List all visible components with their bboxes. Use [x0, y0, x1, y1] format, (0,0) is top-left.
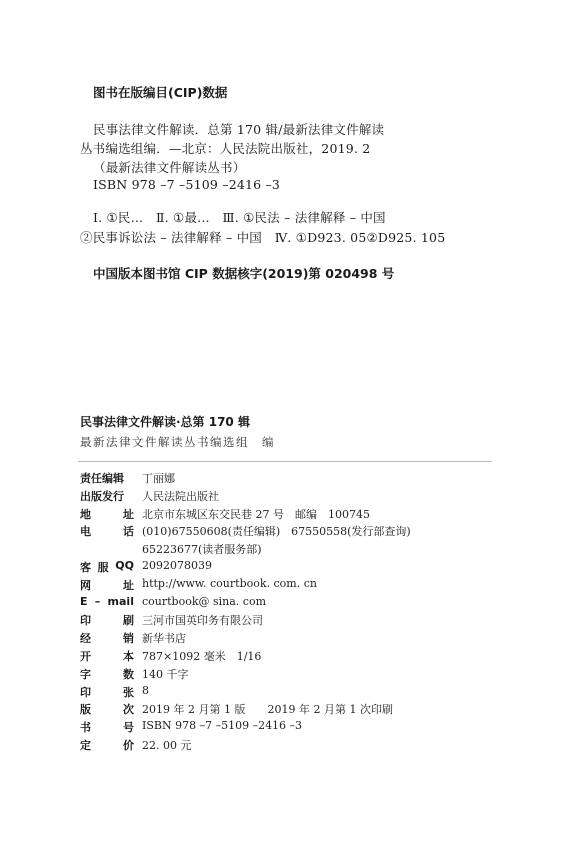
info-row: 印张8	[80, 684, 149, 701]
info-label: 书号	[80, 719, 142, 736]
cip-title: 图书在版编目(CIP)数据	[93, 83, 227, 101]
info-value: 8	[142, 684, 149, 701]
info-label: 字数	[80, 666, 142, 683]
info-label-part: 价	[123, 737, 134, 754]
info-label-part: 销	[123, 630, 134, 647]
info-label-part: –	[95, 595, 101, 612]
info-label-part: 开	[80, 648, 91, 665]
info-row: 字数140 千字	[80, 666, 189, 683]
info-value: 787×1092 毫米 1/16	[142, 648, 261, 665]
info-row: 地址北京市东城区东交民巷 27 号 邮编 100745	[80, 506, 370, 523]
info-label-part: 出版发行	[80, 488, 124, 505]
cip-data-number: 中国版本图书馆 CIP 数据核字(2019)第 020498 号	[93, 264, 394, 282]
info-label: 电话	[80, 523, 142, 540]
info-row: 印刷三河市国英印务有限公司	[80, 612, 263, 629]
info-label: 定价	[80, 737, 142, 754]
cip-line: ISBN 978 –7 –5109 –2416 –3	[93, 177, 280, 192]
cip-line: Ⅰ. ①民… Ⅱ. ①最… Ⅲ. ①民法 – 法律解释 – 中国	[93, 208, 386, 226]
info-row: 出版发行人民法院出版社	[80, 488, 219, 505]
info-value: 人民法院出版社	[142, 488, 219, 505]
cip-line: 丛书编选组编．—北京：人民法院出版社，2019. 2	[80, 139, 370, 157]
info-label-part: 经	[80, 630, 91, 647]
info-label-part: 版	[80, 701, 91, 718]
book-title: 民事法律文件解读·总第 170 辑	[80, 413, 250, 430]
info-row: E–mailcourtbook@ sina. com	[80, 595, 266, 612]
info-label-part: 本	[123, 648, 134, 665]
info-value: 2019 年 2 月第 1 版 2019 年 2 月第 1 次印刷	[142, 701, 393, 718]
info-label-part: 网	[80, 577, 91, 594]
info-label-part: 号	[123, 719, 134, 736]
info-label-part: 印	[80, 684, 91, 701]
info-label-part: 责任编辑	[80, 470, 124, 487]
info-label: E–mail	[80, 595, 142, 612]
info-label-part: 字	[80, 666, 91, 683]
info-value: 三河市国英印务有限公司	[142, 612, 263, 629]
info-label-part: 次	[123, 701, 134, 718]
info-value: ISBN 978 –7 –5109 –2416 –3	[142, 719, 302, 736]
info-row: 经销新华书店	[80, 630, 186, 647]
info-value: courtbook@ sina. com	[142, 595, 266, 612]
cip-line: ②民事诉讼法 – 法律解释 – 中国 Ⅳ. ①D923. 05②D925. 10…	[80, 228, 445, 246]
info-label-part: 址	[123, 506, 134, 523]
info-row: 版次2019 年 2 月第 1 版 2019 年 2 月第 1 次印刷	[80, 701, 393, 718]
info-label: 出版发行	[80, 488, 142, 505]
info-label: 印刷	[80, 612, 142, 629]
info-row: 客服QQ2092078039	[80, 559, 212, 576]
info-label: 网址	[80, 577, 142, 594]
cip-line: （最新法律文件解读丛书）	[93, 158, 245, 176]
info-label-part: 定	[80, 737, 91, 754]
info-label: 版次	[80, 701, 142, 718]
info-label-part: 地	[80, 506, 91, 523]
info-value: http://www. courtbook. com. cn	[142, 577, 317, 594]
info-label: 印张	[80, 684, 142, 701]
info-value: 新华书店	[142, 630, 186, 647]
info-label	[80, 541, 142, 558]
info-row: 65223677(读者服务部)	[80, 541, 262, 558]
info-row: 开本787×1092 毫米 1/16	[80, 648, 261, 665]
info-row: 定价22. 00 元	[80, 737, 191, 754]
info-label-part: 数	[123, 666, 134, 683]
info-label: 客服QQ	[80, 559, 142, 576]
cip-line: 民事法律文件解读．总第 170 辑/最新法律文件解读	[93, 120, 384, 138]
info-label: 经销	[80, 630, 142, 647]
info-value: (010)67550608(责任编辑) 67550558(发行部查询)	[142, 523, 411, 540]
info-label: 地址	[80, 506, 142, 523]
info-label: 开本	[80, 648, 142, 665]
divider	[78, 461, 492, 462]
info-value: 北京市东城区东交民巷 27 号 邮编 100745	[142, 506, 370, 523]
info-value: 140 千字	[142, 666, 189, 683]
info-label-part: 电	[80, 523, 91, 540]
info-label-part: QQ	[115, 559, 134, 576]
book-editor: 最新法律文件解读丛书编选组 编	[80, 434, 275, 450]
info-row: 责任编辑丁丽娜	[80, 470, 175, 487]
info-label-part: 印	[80, 612, 91, 629]
info-row: 书号ISBN 978 –7 –5109 –2416 –3	[80, 719, 302, 736]
info-row: 电话(010)67550608(责任编辑) 67550558(发行部查询)	[80, 523, 411, 540]
info-label-part: E	[80, 595, 88, 612]
info-label-part: 书	[80, 719, 91, 736]
info-row: 网址http://www. courtbook. com. cn	[80, 577, 317, 594]
info-label: 责任编辑	[80, 470, 142, 487]
info-label-part: 刷	[123, 612, 134, 629]
info-value: 丁丽娜	[142, 470, 175, 487]
info-value: 65223677(读者服务部)	[142, 541, 262, 558]
info-label-part: 张	[123, 684, 134, 701]
info-value: 22. 00 元	[142, 737, 191, 754]
info-label-part: 客	[80, 559, 91, 576]
info-label-part: 服	[98, 559, 109, 576]
info-label-part: 址	[123, 577, 134, 594]
info-label-part: mail	[108, 595, 134, 612]
info-value: 2092078039	[142, 559, 212, 576]
info-label-part: 话	[123, 523, 134, 540]
